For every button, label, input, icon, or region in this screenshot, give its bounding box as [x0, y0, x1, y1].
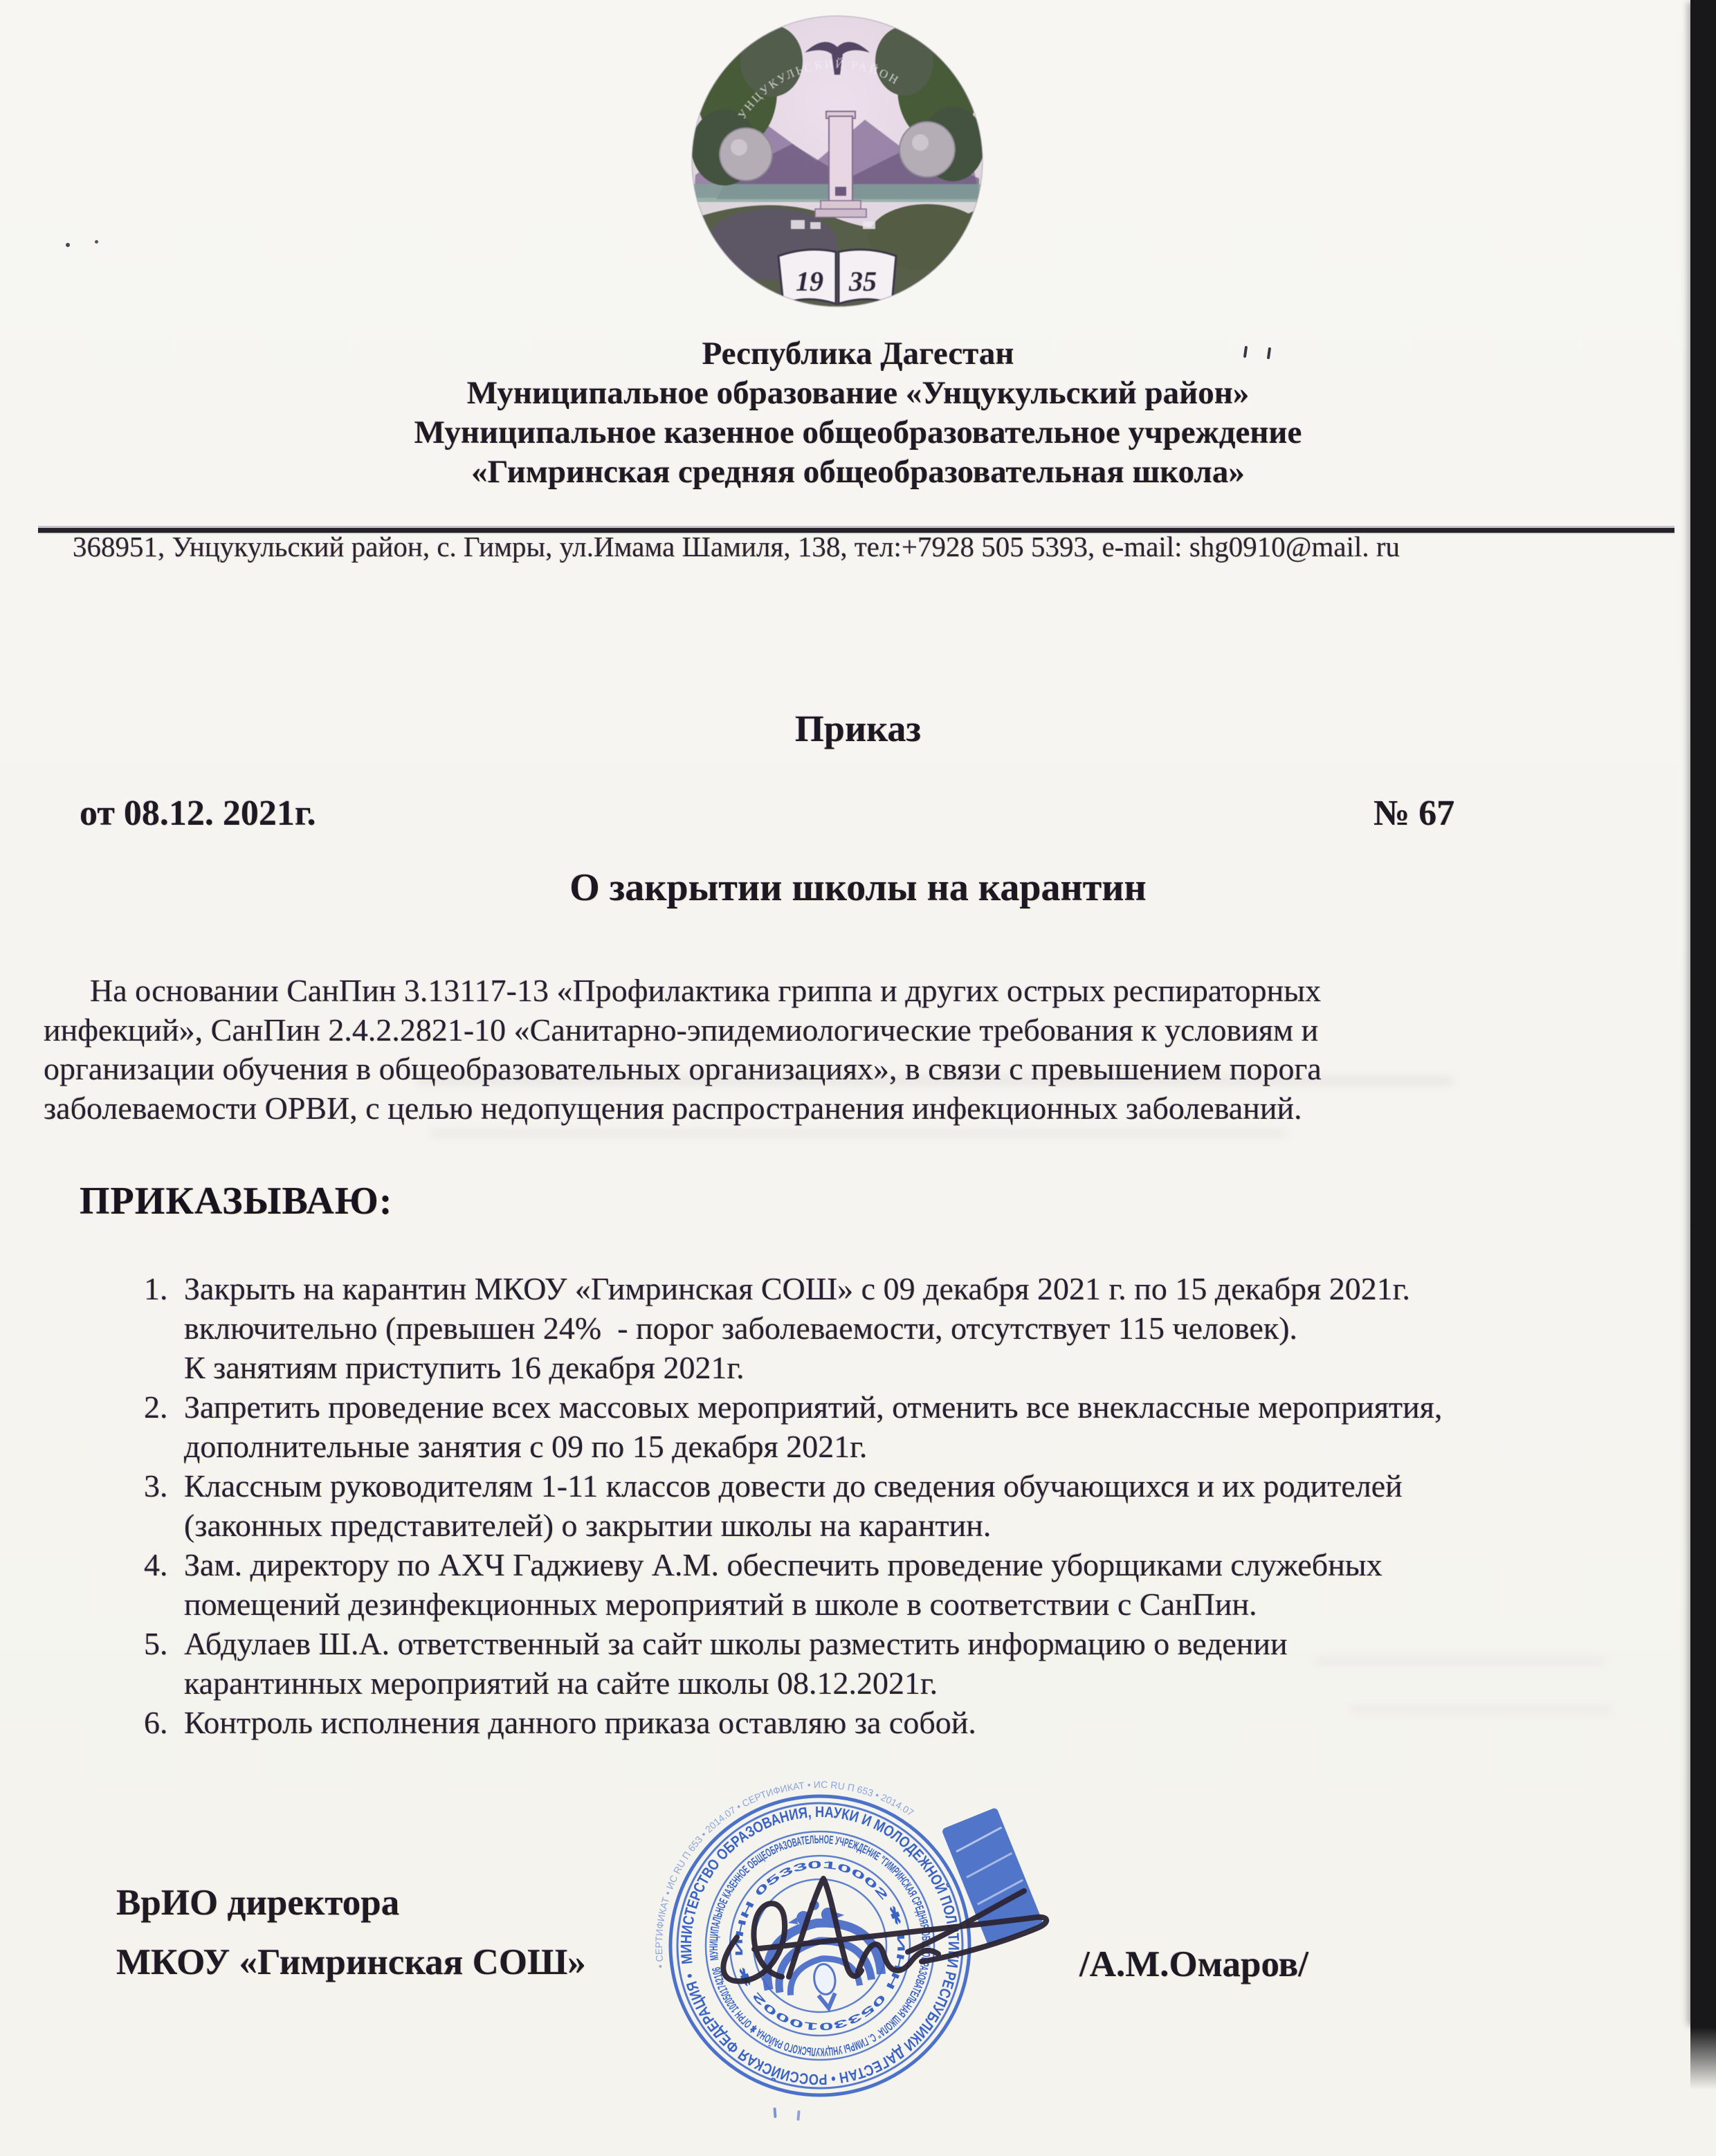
- ghost-smudge: [1315, 1658, 1605, 1665]
- order-item-3: 3. Классным руководителям 1-11 классов д…: [144, 1466, 1442, 1545]
- signature-position-line-2: МКОУ «Гимринская СОШ»: [116, 1933, 586, 1992]
- org-name-line-2: Муниципальное образование «Унцукульский …: [21, 374, 1695, 413]
- organization-header: Республика Дагестан Муниципальное образо…: [21, 334, 1695, 492]
- item-text: Зам. директору по АХЧ Гаджиеву А.М. обес…: [184, 1545, 1382, 1624]
- emblem-year-left: 19: [796, 266, 823, 297]
- official-stamp: • СЕРТИФИКАТ • ИС RU П 653 • 2014.07 • С…: [650, 1775, 1066, 2148]
- ghost-smudge: [429, 1129, 1287, 1138]
- item-text: Контроль исполнения данного приказа оста…: [184, 1703, 976, 1742]
- doc-type-heading: Приказ: [21, 707, 1695, 750]
- item-number: 1.: [144, 1269, 184, 1387]
- ghost-smudge: [415, 1076, 1453, 1086]
- org-name-line-1: Республика Дагестан: [21, 334, 1695, 374]
- emblem-sphere-left: [720, 128, 772, 181]
- item-text: Запретить проведение всех массовых мероп…: [184, 1387, 1442, 1466]
- item-text: Закрыть на карантин МКОУ «Гимринская СОШ…: [184, 1269, 1410, 1387]
- stamp-inner-ring-text: ИНН 0533010002 ✱ ИНН 0533010002 ✱: [722, 1847, 918, 2043]
- order-items-list: 1. Закрыть на карантин МКОУ «Гимринская …: [144, 1269, 1442, 1742]
- item-number: 2.: [144, 1387, 184, 1466]
- ghost-smudge: [1349, 1706, 1612, 1713]
- item-text: Классным руководителям 1-11 классов дове…: [184, 1466, 1403, 1545]
- item-number: 3.: [144, 1466, 184, 1545]
- order-preamble: На основании СанПин 3.13117-13 «Профилак…: [44, 971, 1322, 1128]
- signature-position-line-1: ВрИО директора: [116, 1873, 586, 1933]
- scanner-edge-band: [1690, 0, 1716, 2027]
- order-item-6: 6. Контроль исполнения данного приказа о…: [144, 1703, 1442, 1742]
- scanned-order-document: { "colors": { "paper": "#f6f5f1", "text_…: [0, 0, 1716, 2156]
- school-emblem: УНЦУКУЛЬСКИЙ РАЙОН 19 35: [688, 12, 986, 310]
- emblem-sphere-right: [900, 122, 955, 177]
- order-item-2: 2. Запретить проведение всех массовых ме…: [144, 1387, 1442, 1466]
- contact-line: 368951, Унцукульский район, с. Гимры, ул…: [73, 530, 1400, 563]
- item-number: 4.: [144, 1545, 184, 1624]
- org-name-line-4: «Гимринская средняя общеобразовательная …: [21, 453, 1695, 492]
- emblem-year-right: 35: [848, 266, 877, 297]
- order-item-4: 4. Зам. директору по АХЧ Гаджиеву А.М. о…: [144, 1545, 1442, 1624]
- order-date: от 08.12. 2021г.: [80, 793, 316, 834]
- stamp-rings: • СЕРТИФИКАТ • ИС RU П 653 • 2014.07 • С…: [650, 1775, 998, 2125]
- signatory-name: /А.М.Омаров/: [1079, 1944, 1308, 1985]
- item-text: Абдулаев Ш.А. ответственный за сайт школ…: [184, 1624, 1288, 1703]
- signature-position-block: ВрИО директора МКОУ «Гимринская СОШ»: [116, 1873, 586, 1992]
- ink-speck: [66, 243, 70, 247]
- scanner-edge-band-fade: [1690, 2027, 1716, 2090]
- item-number: 6.: [144, 1703, 184, 1742]
- ink-speck: [95, 240, 98, 244]
- order-number: № 67: [1373, 793, 1454, 834]
- item-number: 5.: [144, 1624, 184, 1703]
- command-word: ПРИКАЗЫВАЮ:: [80, 1179, 393, 1223]
- org-name-line-3: Муниципальное казенное общеобразовательн…: [21, 413, 1695, 453]
- order-item-1: 1. Закрыть на карантин МКОУ «Гимринская …: [144, 1269, 1442, 1387]
- order-title: О закрытии школы на карантин: [0, 866, 1716, 910]
- order-item-5: 5. Абдулаев Ш.А. ответственный за сайт ш…: [144, 1624, 1442, 1703]
